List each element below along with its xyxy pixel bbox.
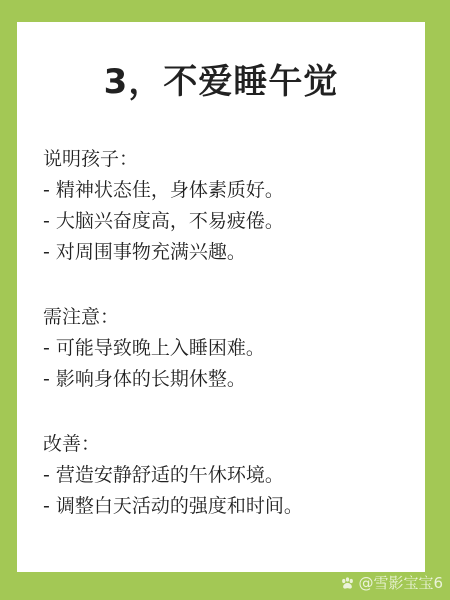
section-cautions: 需注意： - 可能导致晚上入睡困难。 - 影响身体的长期休整。: [43, 302, 399, 395]
list-item: - 可能导致晚上入睡困难。: [43, 333, 399, 364]
page-title: 3，不爱睡午觉: [43, 60, 399, 104]
section-heading: 改善：: [43, 429, 399, 460]
list-item: - 调整白天活动的强度和时间。: [43, 491, 399, 522]
list-item: - 影响身体的长期休整。: [43, 364, 399, 395]
section-heading: 需注意：: [43, 302, 399, 333]
section-heading: 说明孩子：: [43, 144, 399, 175]
content-card: 3，不爱睡午觉 说明孩子： - 精神状态佳，身体素质好。 - 大脑兴奋度高，不易…: [17, 22, 425, 572]
watermark: @雪影宝宝6: [340, 575, 443, 591]
list-item: - 大脑兴奋度高，不易疲倦。: [43, 206, 399, 237]
sections-container: 说明孩子： - 精神状态佳，身体素质好。 - 大脑兴奋度高，不易疲倦。 - 对周…: [43, 144, 399, 522]
paw-icon: [340, 576, 355, 591]
info-card-page: { "page": { "background_color": "#a3c855…: [0, 0, 450, 600]
watermark-text: @雪影宝宝6: [358, 575, 443, 591]
list-item: - 营造安静舒适的午休环境。: [43, 460, 399, 491]
section-improvements: 改善： - 营造安静舒适的午休环境。 - 调整白天活动的强度和时间。: [43, 429, 399, 522]
list-item: - 对周围事物充满兴趣。: [43, 237, 399, 268]
section-child-traits: 说明孩子： - 精神状态佳，身体素质好。 - 大脑兴奋度高，不易疲倦。 - 对周…: [43, 144, 399, 268]
list-item: - 精神状态佳，身体素质好。: [43, 175, 399, 206]
